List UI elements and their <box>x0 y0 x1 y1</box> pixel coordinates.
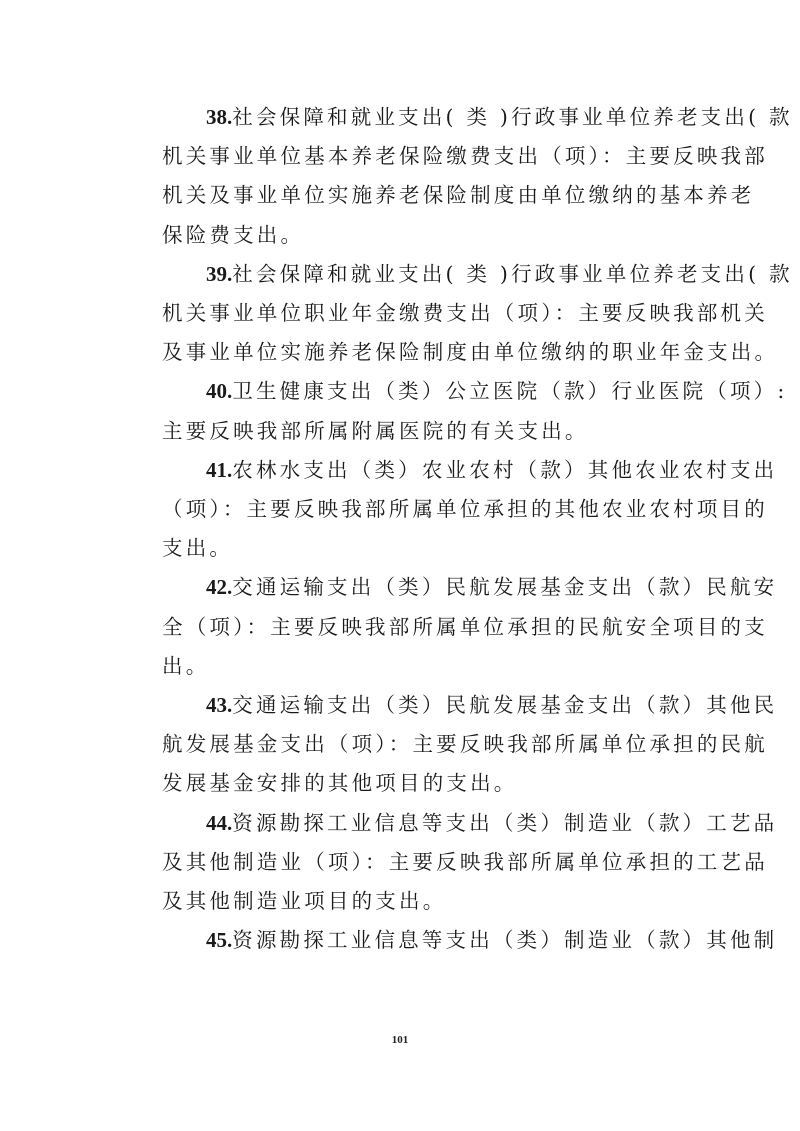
paragraph-line: 及事业单位实施养老保险制度由单位缴纳的职业年金支出。 <box>118 333 684 372</box>
item-number: 43. <box>206 693 232 717</box>
paragraph-line: 保险费支出。 <box>118 216 684 255</box>
paragraph-line: 发展基金安排的其他项目的支出。 <box>118 764 684 803</box>
paragraph-line: 支出。 <box>118 529 684 568</box>
paragraph-39: 39.社会保障和就业支出( 类 )行政事业单位养老支出( 款 ) 机关事业单位职… <box>118 255 684 373</box>
paragraph-45: 45.资源勘探工业信息等支出（类）制造业（款）其他制 <box>118 921 684 960</box>
paragraph-44: 44.资源勘探工业信息等支出（类）制造业（款）工艺品 及其他制造业（项）：主要反… <box>118 804 684 922</box>
paragraph-line: 43.交通运输支出（类）民航发展基金支出（款）其他民 <box>118 686 684 725</box>
paragraph-line: 41.农林水支出（类）农业农村（款）其他农业农村支出 <box>118 451 684 490</box>
paragraph-line: 主要反映我部所属附属医院的有关支出。 <box>118 412 684 451</box>
paragraph-line: 42.交通运输支出（类）民航发展基金支出（款）民航安 <box>118 568 684 607</box>
paragraph-line: 39.社会保障和就业支出( 类 )行政事业单位养老支出( 款 ) <box>118 255 684 294</box>
paragraph-line: 45.资源勘探工业信息等支出（类）制造业（款）其他制 <box>118 921 684 960</box>
paragraph-line: 40.卫生健康支出（类）公立医院（款）行业医院（项）: <box>118 372 684 411</box>
paragraph-line: 及其他制造业（项）：主要反映我部所属单位承担的工艺品 <box>118 843 684 882</box>
item-number: 39. <box>206 262 232 286</box>
item-number: 41. <box>206 458 232 482</box>
item-number: 44. <box>206 811 232 835</box>
paragraph-line: （项）：主要反映我部所属单位承担的其他农业农村项目的 <box>118 490 684 529</box>
document-page-body: 38.社会保障和就业支出( 类 )行政事业单位养老支出( 款 ) 机关事业单位基… <box>118 98 684 960</box>
paragraph-line: 全（项）：主要反映我部所属单位承担的民航安全项目的支 <box>118 608 684 647</box>
paragraph-line: 机关及事业单位实施养老保险制度由单位缴纳的基本养老 <box>118 176 684 215</box>
paragraph-line: 及其他制造业项目的支出。 <box>118 882 684 921</box>
page-number: 101 <box>0 1034 800 1046</box>
paragraph-41: 41.农林水支出（类）农业农村（款）其他农业农村支出 （项）：主要反映我部所属单… <box>118 451 684 569</box>
paragraph-line: 出。 <box>118 647 684 686</box>
paragraph-42: 42.交通运输支出（类）民航发展基金支出（款）民航安 全（项）：主要反映我部所属… <box>118 568 684 686</box>
item-number: 45. <box>206 928 232 952</box>
item-number: 42. <box>206 575 232 599</box>
item-number: 38. <box>206 105 232 129</box>
paragraph-38: 38.社会保障和就业支出( 类 )行政事业单位养老支出( 款 ) 机关事业单位基… <box>118 98 684 255</box>
paragraph-line: 航发展基金支出（项）：主要反映我部所属单位承担的民航 <box>118 725 684 764</box>
paragraph-40: 40.卫生健康支出（类）公立医院（款）行业医院（项）: 主要反映我部所属附属医院… <box>118 372 684 450</box>
paragraph-43: 43.交通运输支出（类）民航发展基金支出（款）其他民 航发展基金支出（项）：主要… <box>118 686 684 804</box>
item-number: 40. <box>206 379 232 403</box>
paragraph-line: 44.资源勘探工业信息等支出（类）制造业（款）工艺品 <box>118 804 684 843</box>
paragraph-line: 机关事业单位基本养老保险缴费支出（项）：主要反映我部 <box>118 137 684 176</box>
paragraph-line: 38.社会保障和就业支出( 类 )行政事业单位养老支出( 款 ) <box>118 98 684 137</box>
paragraph-line: 机关事业单位职业年金缴费支出（项）：主要反映我部机关 <box>118 294 684 333</box>
